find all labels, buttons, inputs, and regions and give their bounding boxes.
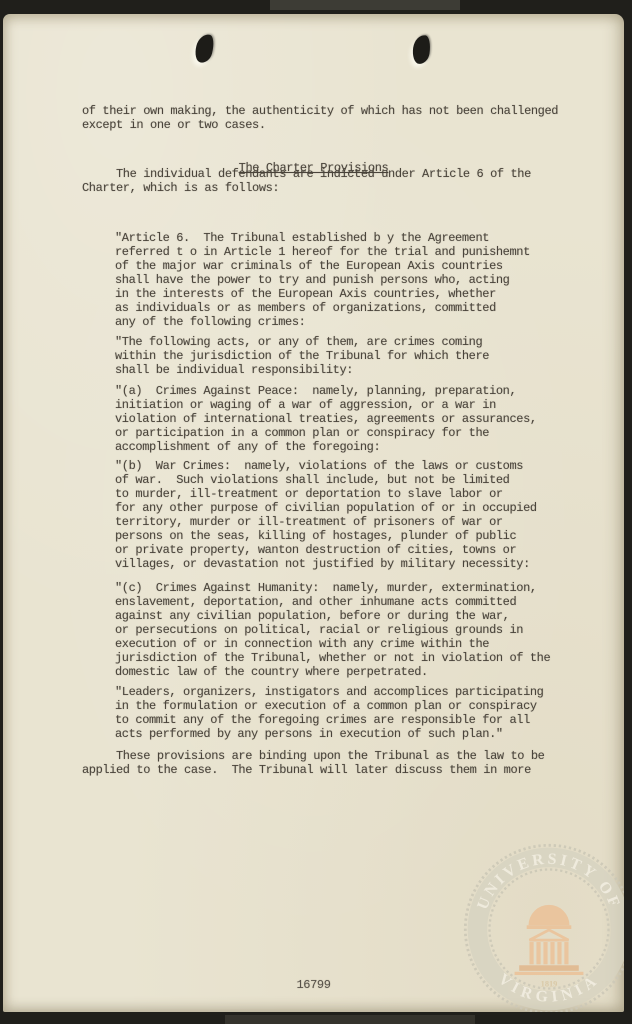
scan-edge-highlight xyxy=(225,1015,475,1024)
document-page: of their own making, the authenticity of… xyxy=(3,14,624,1012)
binding-gap-shadow xyxy=(270,0,460,10)
quote-crimes-against-peace: "(a) Crimes Against Peace: namely, plann… xyxy=(115,384,537,454)
scan-background: of their own making, the authenticity of… xyxy=(0,0,632,1024)
seal-year-text: 1819 xyxy=(541,980,558,989)
quote-article-6: "Article 6. The Tribunal established b y… xyxy=(115,231,530,329)
punch-hole-right xyxy=(411,34,432,65)
charter-intro-paragraph: The individual defendants are indicted u… xyxy=(82,167,531,195)
quote-war-crimes: "(b) War Crimes: namely, violations of t… xyxy=(115,459,537,571)
closing-paragraph: These provisions are binding upon the Tr… xyxy=(82,749,544,777)
punch-hole-left xyxy=(193,32,217,64)
intro-paragraph: of their own making, the authenticity of… xyxy=(82,104,558,132)
quote-crimes-against-humanity: "(c) Crimes Against Humanity: namely, mu… xyxy=(115,581,550,679)
university-of-virginia-seal-watermark: UNIVERSITY OF VIRGINIA xyxy=(456,836,624,1012)
quote-leaders-organizers: "Leaders, organizers, instigators and ac… xyxy=(115,685,543,741)
rotunda-icon xyxy=(515,905,584,975)
quote-following-acts: "The following acts, or any of them, are… xyxy=(115,335,489,377)
